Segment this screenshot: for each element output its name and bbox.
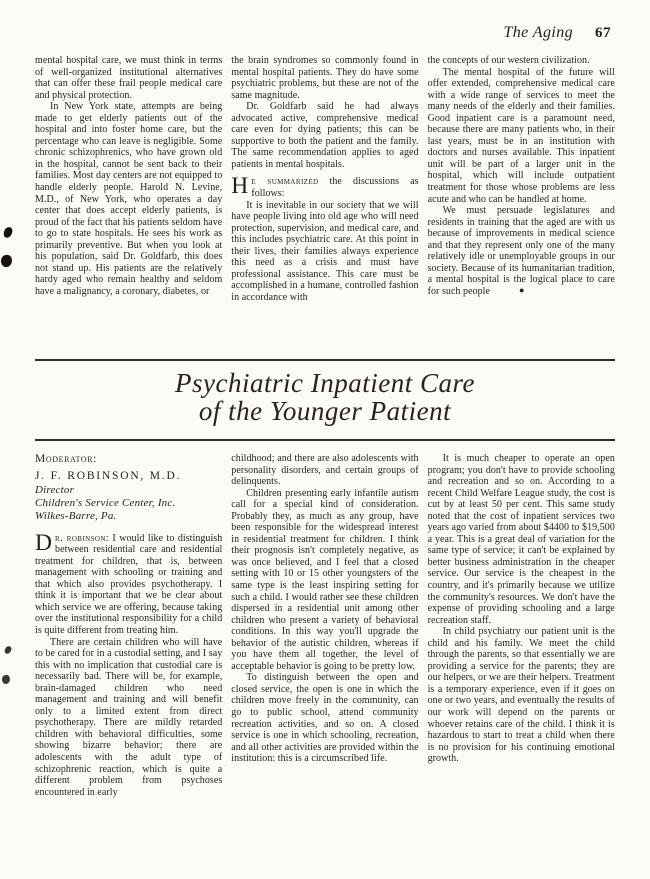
- top-column-2: the brain syndromes so commonly found in…: [231, 55, 418, 357]
- paragraph-text: I would like to distinguish between resi…: [35, 533, 222, 636]
- paragraph: childhood; and there are also adolescent…: [231, 453, 418, 488]
- paragraph: the concepts of our western civilization…: [428, 55, 615, 67]
- top-article-section: mental hospital care, we must think in t…: [35, 55, 615, 357]
- moderator-block: Moderator: J. F. ROBINSON, M.D. Director…: [35, 453, 222, 524]
- moderator-name: J. F. ROBINSON, M.D.: [35, 470, 222, 482]
- moderator-city: Wilkes-Barre, Pa.: [35, 510, 222, 523]
- paragraph: Children presenting early infantile auti…: [231, 488, 418, 673]
- page-number: 67: [595, 25, 611, 42]
- ink-mark: [4, 645, 13, 655]
- paragraph: In child psychiatry our patient unit is …: [428, 626, 615, 765]
- article-title-line2: of the Younger Patient: [0, 397, 650, 425]
- journal-page: The Aging 67 mental hospital care, we mu…: [0, 0, 650, 879]
- top-column-3: the concepts of our western civilization…: [428, 55, 615, 357]
- discussion-column-3: It is much cheaper to operate an open pr…: [428, 453, 615, 865]
- paragraph: mental hospital care, we must think in t…: [35, 55, 222, 101]
- ink-mark: [2, 226, 13, 239]
- dropcap-letter: D: [35, 533, 55, 554]
- paragraph: To distinguish between the open and clos…: [231, 672, 418, 764]
- top-column-1: mental hospital care, we must think in t…: [35, 55, 222, 357]
- title-rule-top: [35, 359, 615, 361]
- paragraph: It is much cheaper to operate an open pr…: [428, 453, 615, 626]
- journal-title: The Aging: [503, 24, 573, 42]
- paragraph: Dr. Goldfarb said he had always advocate…: [231, 101, 418, 170]
- discussion-column-1: Moderator: J. F. ROBINSON, M.D. Director…: [35, 453, 222, 865]
- paragraph-dropcap: Dr. robinson: I would like to distinguis…: [35, 533, 222, 637]
- moderator-title: Director: [35, 484, 222, 497]
- paragraph-text: We must persuade legislatures and reside…: [428, 205, 615, 297]
- paragraph-dropcap: He summarized the discussions as follows…: [231, 176, 418, 199]
- smallcaps-lead: e summarized: [251, 176, 318, 187]
- paragraph: In New York state, attempts are being ma…: [35, 101, 222, 297]
- moderator-label: Moderator:: [35, 453, 222, 465]
- article-title: Psychiatric Inpatient Care of the Younge…: [0, 369, 650, 425]
- end-of-article-bullet: ●: [504, 285, 525, 297]
- paragraph: the brain syndromes so commonly found in…: [231, 55, 418, 101]
- running-head: The Aging 67: [503, 24, 611, 42]
- title-rule-bottom: [35, 439, 615, 441]
- article-title-line1: Psychiatric Inpatient Care: [0, 369, 650, 397]
- moderator-organization: Children's Service Center, Inc.: [35, 497, 222, 510]
- paragraph: There are certain children who will have…: [35, 637, 222, 799]
- ink-mark: [1, 674, 11, 684]
- smallcaps-lead: r. robinson:: [55, 533, 109, 544]
- discussion-section: Moderator: J. F. ROBINSON, M.D. Director…: [35, 453, 615, 865]
- paragraph: We must persuade legislatures and reside…: [428, 205, 615, 297]
- ink-mark: [0, 254, 13, 267]
- paragraph: It is inevitable in our society that we …: [231, 200, 418, 304]
- dropcap-letter: H: [231, 176, 251, 197]
- paragraph: The mental hospital of the future will o…: [428, 67, 615, 206]
- discussion-column-2: childhood; and there are also adolescent…: [231, 453, 418, 865]
